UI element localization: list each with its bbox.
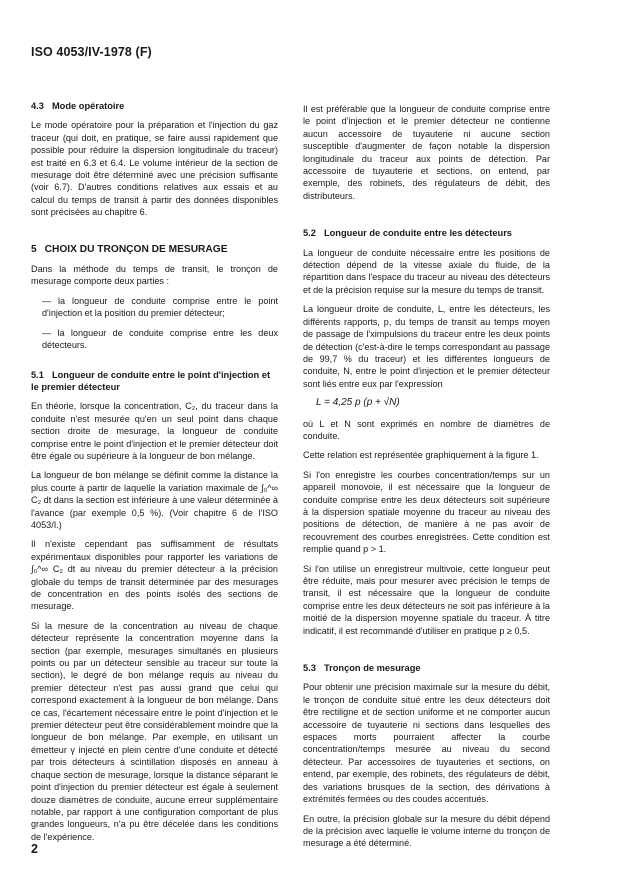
- left-column: 4.3Mode opératoire Le mode opératoire po…: [31, 100, 278, 850]
- section-5-3-heading: 5.3Tronçon de mesurage: [303, 662, 550, 674]
- list-item: — la longueur de conduite comprise entre…: [31, 327, 278, 352]
- paragraph: Si l'on utilise un enregistreur multivoi…: [303, 563, 550, 637]
- paragraph: Le mode opératoire pour la préparation e…: [31, 119, 278, 218]
- paragraph: où L et N sont exprimés en nombre de dia…: [303, 418, 550, 443]
- section-4-3-heading: 4.3Mode opératoire: [31, 100, 278, 112]
- paragraph: Il n'existe cependant pas suffisamment d…: [31, 538, 278, 612]
- paragraph: Il est préférable que la longueur de con…: [303, 103, 550, 202]
- paragraph: Si la mesure de la concentration au nive…: [31, 620, 278, 843]
- paragraph: La longueur de bon mélange se définit co…: [31, 469, 278, 531]
- list-item: — la longueur de conduite comprise entre…: [31, 295, 278, 320]
- paragraph: Dans la méthode du temps de transit, le …: [31, 263, 278, 288]
- paragraph: La longueur droite de conduite, L, entre…: [303, 303, 550, 390]
- paragraph: En théorie, lorsque la concentration, C₂…: [31, 400, 278, 462]
- paragraph: Cette relation est représentée graphique…: [303, 449, 550, 461]
- section-5-heading: 5CHOIX DU TRONÇON DE MESURAGE: [31, 244, 278, 256]
- formula: L = 4,25 p (p + √N): [303, 397, 550, 409]
- paragraph: Pour obtenir une précision maximale sur …: [303, 681, 550, 805]
- right-column: Il est préférable que la longueur de con…: [303, 103, 550, 857]
- paragraph: En outre, la précision globale sur la me…: [303, 813, 550, 850]
- section-5-2-heading: 5.2Longueur de conduite entre les détect…: [303, 227, 550, 239]
- paragraph: Si l'on enregistre les courbes concentra…: [303, 469, 550, 556]
- paragraph: La longueur de conduite nécessaire entre…: [303, 247, 550, 297]
- page-number: 2: [31, 842, 38, 856]
- section-5-1-heading: 5.1Longueur de conduite entre le point d…: [31, 369, 278, 394]
- document-header: ISO 4053/IV-1978 (F): [31, 45, 152, 59]
